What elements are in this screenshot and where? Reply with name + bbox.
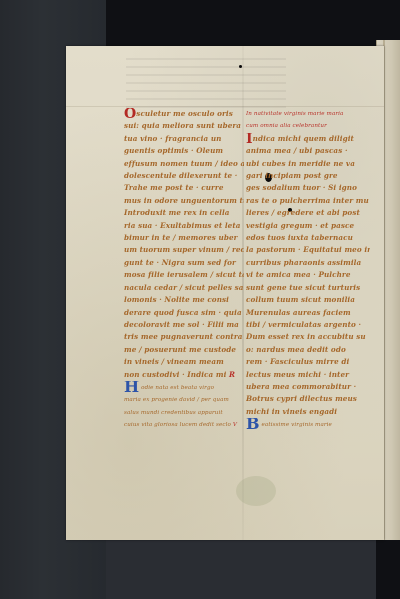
text-line: ras te o pulcherrima inter mu [246,195,370,207]
text-line: collum tuum sicut monilia [246,294,370,306]
text-line: nacula cedar / sicut pelles sa [124,282,244,294]
text-line: decoloravit me sol · Filii ma [124,319,244,331]
text-line: sui: quia meliora sunt ubera [124,120,244,132]
text-line: guentis optimis · Oleum [124,145,244,157]
text-line: vestigia gregum · et pasce [246,220,370,232]
text-line: gunt te · Nigra sum sed for [124,257,244,269]
text-line: Murenulas aureas faciem [246,307,370,319]
text-line: tris mee pugnaverunt contra [124,331,244,343]
text-line: non custodivi · Indica mi [124,370,226,379]
rubric-mark: V [233,422,237,428]
text-line: ubi cubes in meridie ne va [246,158,370,170]
text-line: Trahe me post te · curre [124,182,244,194]
text-line: ria sua · Exultabimus et leta [124,220,244,232]
text-line: o: nardus mea dedit odo [246,344,370,356]
text-line: um tuorum super vinum / recti dili [124,244,244,256]
text-line: la pastorum · Equitatui meo in [246,244,370,256]
right-text-column: In nativitate virginis marie maria cum o… [246,108,370,432]
text-line: salus mundi credentibus apparuit [124,407,244,419]
manuscript-leaf: Osculetur me osculo oris sui: quia melio… [66,46,384,540]
text-line: me / posuerunt me custode [124,344,244,356]
text-line: vi te amica mea · Pulchre [246,269,370,281]
left-text-column: Osculetur me osculo oris sui: quia melio… [124,108,244,432]
text-line: anima mea / ubi pascas · [246,145,370,157]
text-line: Dum esset rex in accubitu su [246,331,370,343]
blue-initial: B [246,418,260,431]
text-line: bimur in te / memores uber [124,232,244,244]
blue-initial: H [124,381,139,394]
text-line: mosa filie ierusalem / sicut taber [124,269,244,281]
text-line: ges sodalium tuor · Si igno [246,182,370,194]
text-line: tibi / vermiculatas argento · [246,319,370,331]
ruling-line [66,106,384,107]
text-line: lieres / egredere et abi post [246,207,370,219]
rubric-mark: R [229,370,235,379]
text-line: dolescentule dilexerunt te · [124,170,244,182]
text-line: lectus meus michi · inter [246,369,370,381]
text-line: sunt gene tue sicut turturis [246,282,370,294]
water-stain [236,476,276,506]
text-line: ubera mea commorabitur · [246,381,370,393]
red-initial: I [246,133,253,145]
text-line: Botrus cypri dilectus meus [246,393,370,405]
text-line: Introduxit me rex in cella [124,207,244,219]
text-line: michi in vineis engadi [246,406,370,418]
text-line: effusum nomen tuum / ideo a [124,158,244,170]
text-line: mus in odore unguentorum tuor · [124,195,244,207]
text-line: edos tuos iuxta tabernacu [246,232,370,244]
red-initial: O [124,108,136,120]
text-line: lomonis · Nolite me consi [124,294,244,306]
show-through-text [126,58,286,108]
worm-hole [239,65,242,68]
text-line: rem · Fasciculus mirre di [246,356,370,368]
rubric-line: In nativitate virginis marie maria [246,108,370,120]
dark-bottom-board [106,538,376,599]
text-line: tua vino · fragrancia un [124,133,244,145]
text-line: gari incipiam post gre [246,170,370,182]
text-line: maria ex progenie david / per quam [124,394,244,406]
text-line: derare quod fusca sim · quia [124,307,244,319]
rubric-line: cum omnia alia celebrantur [246,120,370,132]
text-line: in vineis / vineam meam [124,356,244,368]
text-line: curribus pharaonis assimila [246,257,370,269]
